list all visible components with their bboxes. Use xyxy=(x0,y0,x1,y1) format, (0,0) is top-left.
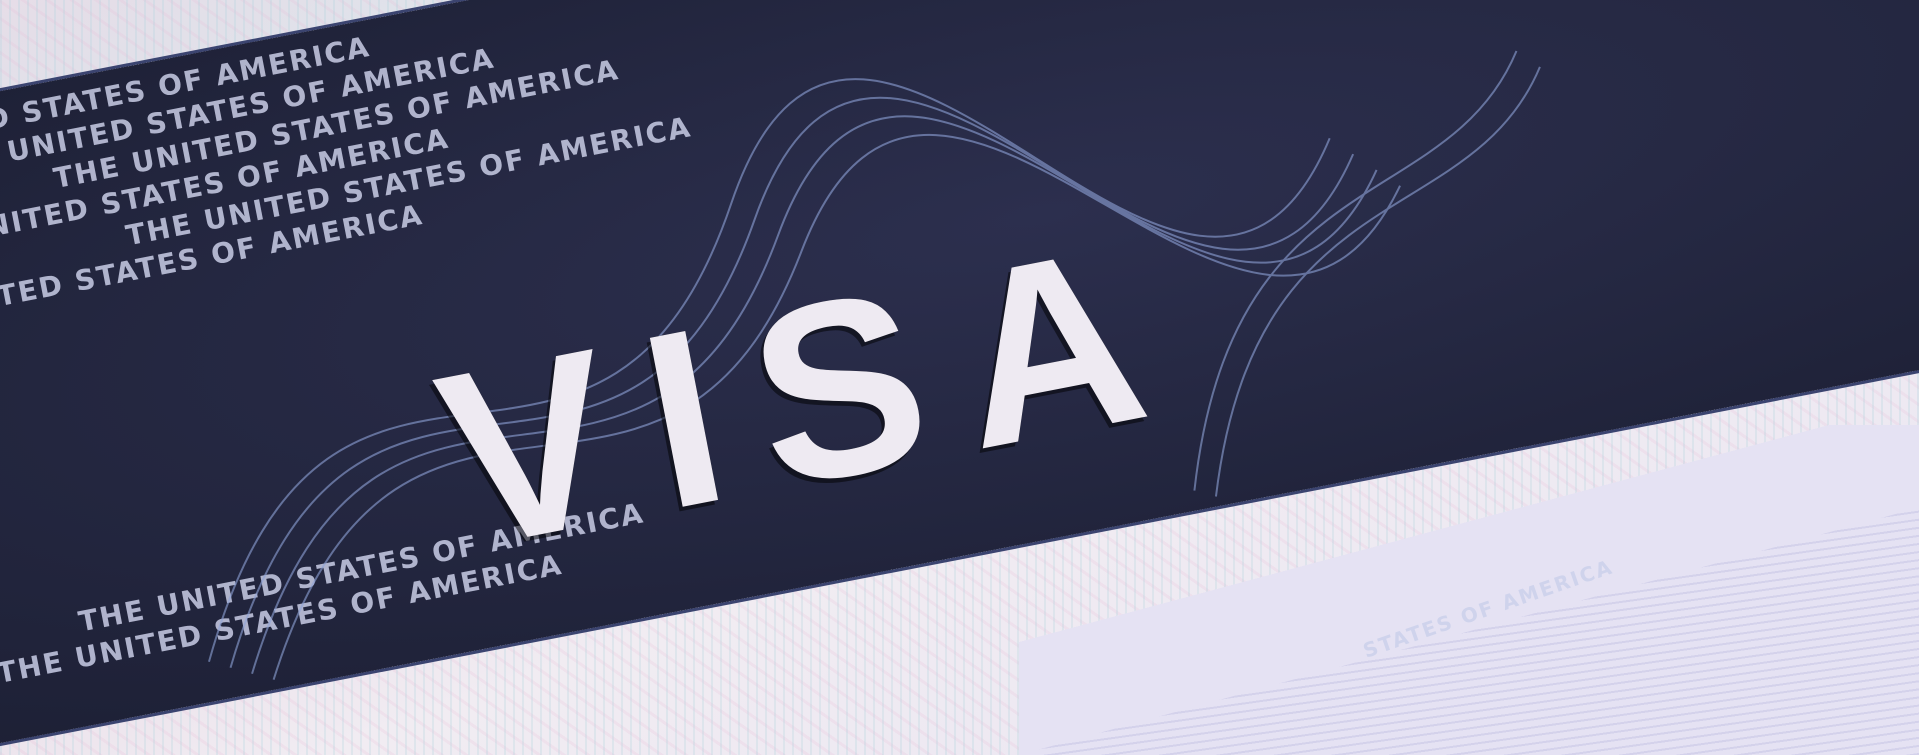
passport-paper-lower xyxy=(1019,425,1919,755)
